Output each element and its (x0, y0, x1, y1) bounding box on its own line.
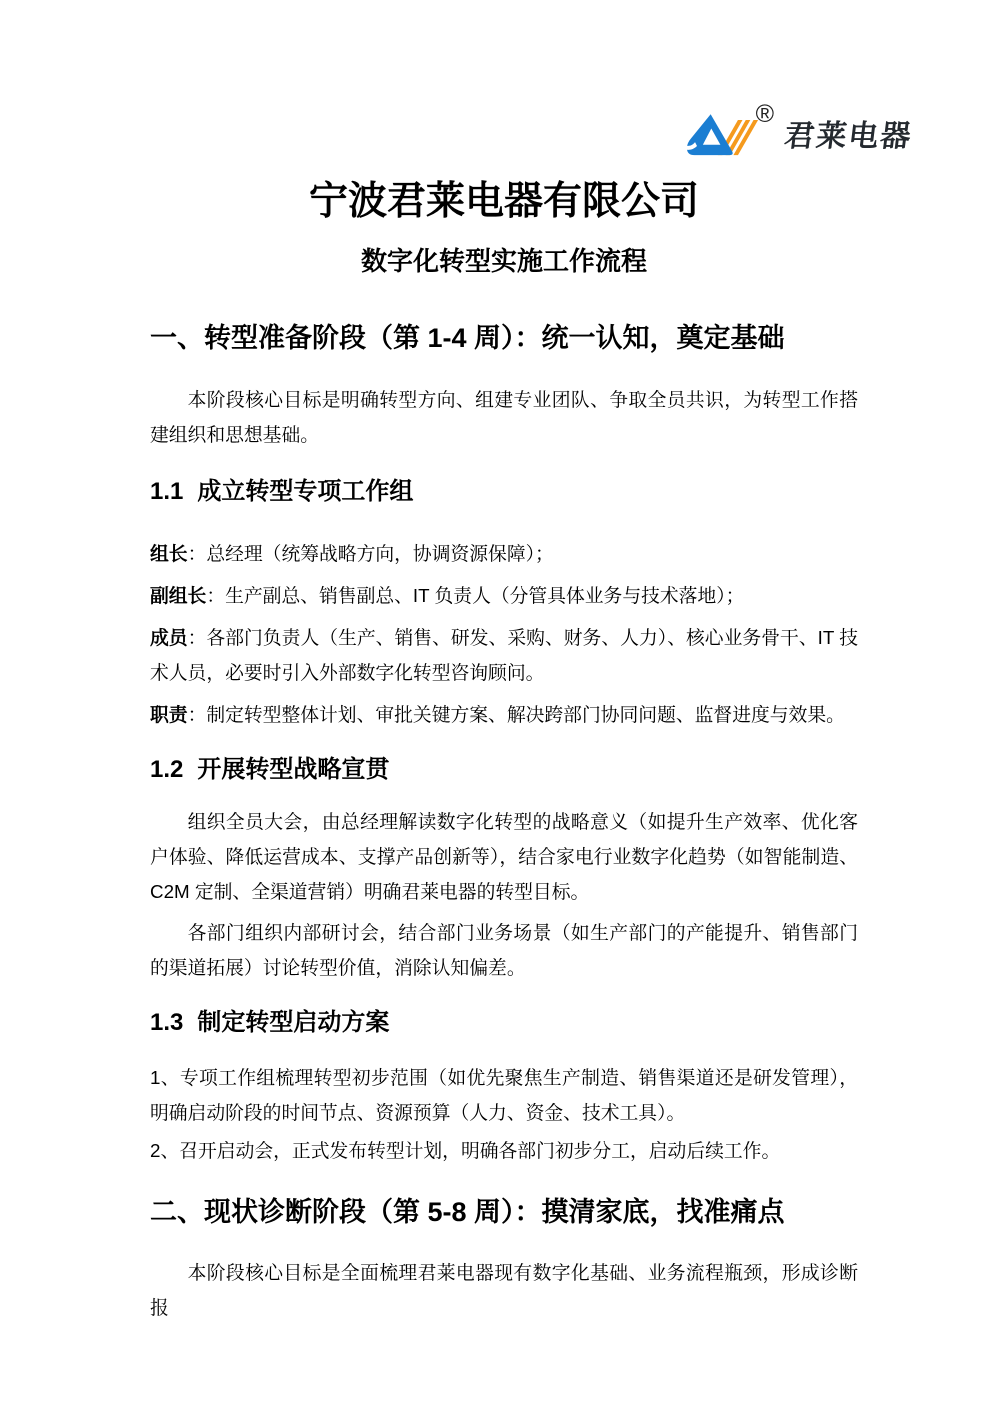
role-text: ：生产副总、销售副总、IT 负责人（分管具体业务与技术落地）； (206, 585, 744, 606)
document-content: 宁波君莱电器有限公司 数字化转型实施工作流程 一、转型准备阶段（第 1-4 周）… (0, 178, 1000, 1325)
role-label: 副组长 (150, 585, 206, 606)
brand-name: 君莱电器 (782, 122, 914, 158)
heading-1-1: 1.1成立转型专项工作组 (150, 476, 858, 507)
role-label: 职责 (150, 704, 188, 725)
role-line-deputy: 副组长：生产副总、销售副总、IT 负责人（分管具体业务与技术落地）； (150, 578, 858, 613)
document-subtitle: 数字化转型实施工作流程 (150, 245, 858, 278)
heading-1-1-title: 成立转型专项工作组 (197, 478, 413, 505)
role-line-duties: 职责：制定转型整体计划、审批关键方案、解决跨部门协同问题、监督进度与效果。 (150, 697, 858, 732)
role-text: ：制定转型整体计划、审批关键方案、解决跨部门协同问题、监督进度与效果。 (188, 704, 845, 725)
section-1-heading: 一、转型准备阶段（第 1-4 周）：统一认知，奠定基础 (150, 321, 858, 356)
role-label: 组长 (150, 543, 188, 564)
registered-trademark: ® (756, 102, 774, 127)
brand-logo: ® 君莱电器 (684, 112, 912, 158)
document-page: ® 君莱电器 宁波君莱电器有限公司 数字化转型实施工作流程 一、转型准备阶段（第… (0, 0, 1000, 1414)
role-text: ：总经理（统筹战略方向，协调资源保障）； (188, 543, 554, 564)
brand-logo-icon (684, 112, 762, 158)
paragraph-1-2-b: 各部门组织内部研讨会，结合部门业务场景（如生产部门的产能提升、销售部门的渠道拓展… (150, 915, 858, 985)
role-line-leader: 组长：总经理（统筹战略方向，协调资源保障）； (150, 536, 858, 571)
heading-1-2: 1.2开展转型战略宣贯 (150, 754, 858, 785)
document-title: 宁波君莱电器有限公司 (150, 178, 858, 225)
role-line-members: 成员：各部门负责人（生产、销售、研发、采购、财务、人力）、核心业务骨干、IT 技… (150, 620, 858, 690)
heading-1-3: 1.3制定转型启动方案 (150, 1007, 858, 1038)
section-2-intro: 本阶段核心目标是全面梳理君莱电器现有数字化基础、业务流程瓶颈，形成诊断报 (150, 1255, 858, 1325)
list-item-1: 1、专项工作组梳理转型初步范围（如优先聚焦生产制造、销售渠道还是研发管理），明确… (150, 1060, 858, 1130)
heading-1-2-number: 1.2 (150, 756, 183, 783)
section-1-intro: 本阶段核心目标是明确转型方向、组建专业团队、争取全员共识，为转型工作搭建组织和思… (150, 382, 858, 452)
role-text: ：各部门负责人（生产、销售、研发、采购、财务、人力）、核心业务骨干、IT 技术人… (150, 627, 858, 683)
heading-1-3-title: 制定转型启动方案 (197, 1009, 389, 1036)
section-2-heading: 二、现状诊断阶段（第 5-8 周）：摸清家底，找准痛点 (150, 1195, 858, 1230)
role-label: 成员 (150, 627, 188, 648)
list-item-2: 2、召开启动会，正式发布转型计划，明确各部门初步分工，启动后续工作。 (150, 1133, 858, 1168)
paragraph-1-2-a: 组织全员大会，由总经理解读数字化转型的战略意义（如提升生产效率、优化客户体验、降… (150, 804, 858, 909)
heading-1-1-number: 1.1 (150, 478, 183, 505)
heading-1-2-title: 开展转型战略宣贯 (197, 756, 389, 783)
heading-1-3-number: 1.3 (150, 1009, 183, 1036)
